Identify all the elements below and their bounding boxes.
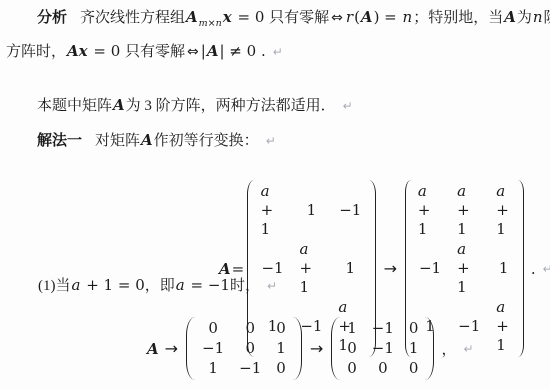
math-symbol-Ax: Ax (66, 42, 89, 60)
paragraph-mark: ↵ (266, 134, 276, 148)
arrow-icon: → (165, 339, 178, 358)
matrix-cell: 0 (208, 319, 218, 338)
math-symbol-A: A (146, 340, 160, 358)
matrix-cell: 0 (347, 339, 357, 358)
math-symbol-r: r (345, 8, 354, 26)
analysis-line-2: 方阵时，Ax = 0 只有零解⇔|A| ≠ 0 .↵ (6, 42, 283, 62)
math-symbol-A: A (218, 260, 232, 278)
iff-symbol: ⇔ (329, 10, 345, 26)
paragraph-mark: ↵ (343, 99, 353, 113)
math-symbol-x: x (222, 8, 233, 26)
text-run: 阶 (544, 10, 550, 26)
math-run: = 0 (89, 42, 125, 60)
math-run: | ≠ 0 (219, 42, 256, 60)
matrix-paren-left (186, 317, 195, 380)
iff-symbol: ⇔ (185, 44, 201, 60)
matrix-cell: 1 (346, 259, 356, 278)
matrix-cell: 0 (409, 319, 419, 338)
math-symbol-A: A (140, 131, 154, 149)
matrix-cell: a + 1 (418, 182, 442, 239)
arrow-icon: → (384, 259, 397, 278)
paragraph-mark: ↵ (463, 342, 473, 356)
matrix-grid: 1−10 0−11 000 (340, 317, 425, 380)
math-symbol-A: A (112, 96, 126, 114)
matrix-cell: −1 (239, 359, 261, 378)
math-symbol-a: a (71, 276, 82, 294)
matrix-cell: 0 (276, 359, 286, 378)
matrix-cell: −1 (372, 339, 394, 358)
math-symbol-A: A (360, 8, 374, 26)
math-symbol-A: A (185, 8, 199, 26)
text-run: 方阵时， (6, 44, 66, 60)
math-run: = 0 (233, 8, 269, 26)
matrix-cell: −1 (339, 201, 361, 220)
math-run: = −1 (186, 276, 230, 294)
math-subscript: m×n (199, 18, 222, 29)
math-run: ) = (374, 8, 402, 26)
text-run: (1)当 (38, 278, 71, 294)
method-label: 解法一 (37, 133, 82, 149)
matrix-cell: 0 (245, 319, 255, 338)
matrix-cell: 1 (409, 339, 419, 358)
math-symbol-n: n (532, 8, 544, 26)
paragraph-mark: ↵ (273, 45, 283, 59)
text-run: 对矩阵 (95, 133, 140, 149)
matrix-cell: −1 (419, 259, 441, 278)
method-line: 解法一对矩阵A作初等行变换：↵ (37, 131, 276, 151)
math-run: + 1 = 0 (81, 276, 144, 294)
matrix-3: 000 −101 1−10 (186, 317, 302, 380)
matrix-paren-right (518, 180, 524, 357)
comma: ， (441, 338, 456, 359)
matrix-cell: 1 (499, 259, 509, 278)
analysis-line-1: 分析齐次线性方程组Am×nx = 0 只有零解⇔r(A) = n；特别地，当A为… (37, 8, 550, 33)
case1-line: (1)当a + 1 = 0，即a = −1时，↵ (38, 276, 277, 296)
text-run: 只有零解 (269, 10, 329, 26)
text-run: 时， (230, 278, 260, 294)
note-line: 本题中矩阵A为 3 阶方阵，两种方法都适用．↵ (37, 96, 353, 116)
matrix-cell: a + 1 (261, 182, 285, 239)
matrix-cell: a + 1 (496, 182, 511, 239)
matrix-cell: a + 1 (457, 182, 481, 239)
matrix-cell: 0 (276, 319, 286, 338)
text-run: ，即 (145, 278, 175, 294)
text-run: 本题中矩阵 (37, 98, 112, 114)
matrix-4: 1−10 0−11 000 (331, 317, 434, 380)
text-run: 齐次线性方程组 (80, 10, 185, 26)
matrix-cell: −1 (202, 339, 224, 358)
period: . (531, 260, 536, 278)
paragraph-mark: ↵ (543, 262, 550, 276)
matrix-paren-left (331, 317, 340, 380)
text-run: 作初等行变换： (154, 133, 259, 149)
document-page: 分析齐次线性方程组Am×nx = 0 只有零解⇔r(A) = n；特别地，当A为… (0, 0, 550, 389)
matrix-cell: a + 1 (496, 298, 511, 355)
math-symbol-A: A (503, 8, 517, 26)
text-run: ；特别地，当 (413, 10, 503, 26)
math-symbol-a: a (175, 276, 186, 294)
text-run: 只有零解 (125, 44, 185, 60)
matrix-cell: 1 (276, 339, 286, 358)
matrix-cell: −1 (372, 319, 394, 338)
matrix-paren-right (425, 317, 434, 380)
matrix-cell: 0 (347, 359, 357, 378)
analysis-label: 分析 (37, 10, 67, 26)
matrix-cell: 0 (409, 359, 419, 378)
matrix-paren-right (293, 317, 302, 380)
equals-sign: = (232, 260, 245, 278)
math-symbol-n: n (402, 8, 414, 26)
text-run: 为 (517, 10, 532, 26)
matrix-cell: 1 (347, 319, 357, 338)
matrix-cell: 1 (208, 359, 218, 378)
matrix-cell: 0 (378, 359, 388, 378)
paragraph-mark: ↵ (267, 279, 277, 293)
matrix-cell: a + 1 (457, 240, 481, 297)
matrix-cell: a + 1 (299, 240, 323, 297)
matrix-grid: 000 −101 1−10 (195, 317, 293, 380)
matrix-cell: 1 (307, 201, 317, 220)
period: . (256, 42, 266, 60)
equation-2: A → 000 −101 1−10 → 1−10 0−11 000 ， ↵ (146, 317, 474, 380)
text-run: 为 3 阶方阵，两种方法都适用． (126, 98, 336, 114)
matrix-cell: 0 (245, 339, 255, 358)
math-symbol-A: A (206, 42, 220, 60)
arrow-icon: → (310, 339, 323, 358)
